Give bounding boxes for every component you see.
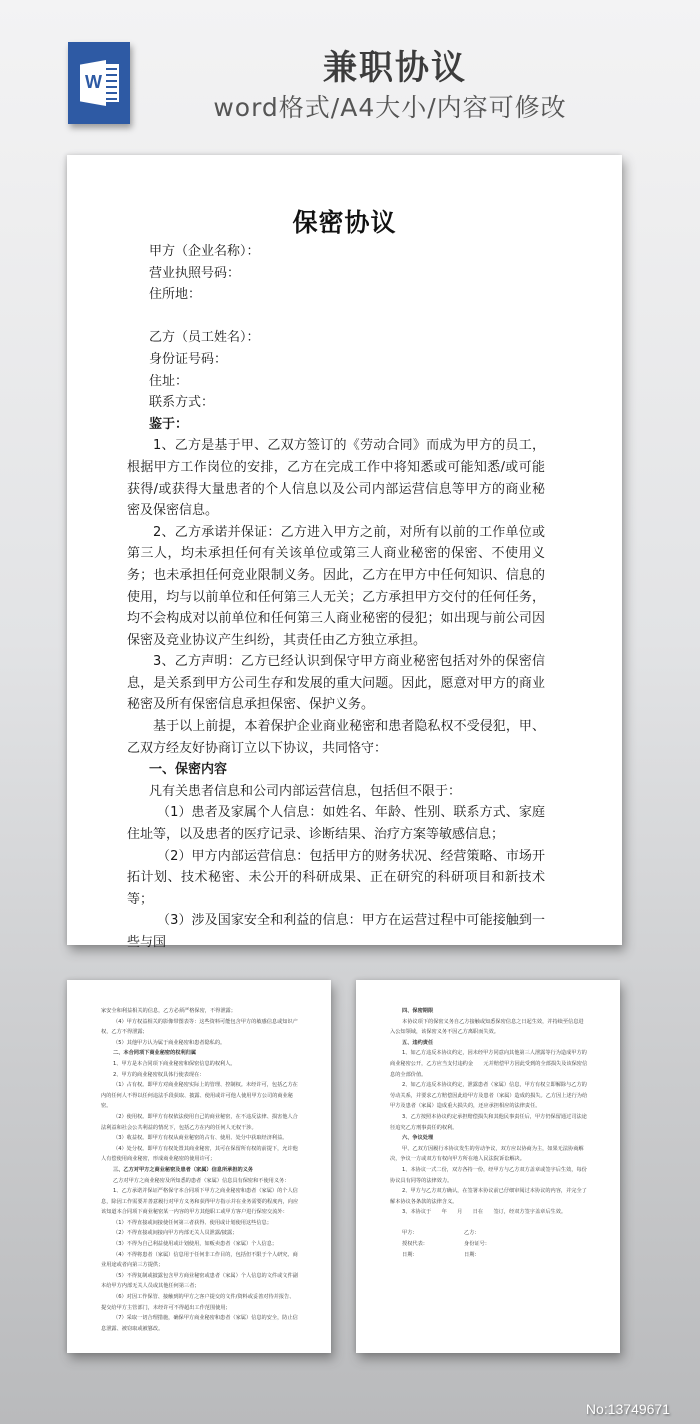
section-1-item-2: （2）甲方内部运营信息：包括甲方的财务状况、经营策略、市场开拓计划、技术秘密、未… <box>127 846 545 911</box>
page-3-body: 四、保密期限本协议项下的保密义务自乙方接触或知悉保密信息之日起生效，并持续至信息… <box>390 1006 588 1260</box>
paragraph: 乙方对甲方之商业秘密及所知悉的患者（家属）信息具有保密和不使用义务： <box>101 1176 299 1187</box>
party-b-contact-field: 联系方式： <box>127 392 545 414</box>
signature-field: 甲方： <box>402 1228 464 1239</box>
signature-row: 甲方：乙方： <box>390 1228 588 1239</box>
document-title: 保密协议 <box>67 203 622 239</box>
party-b-id-field: 身份证号码： <box>127 349 545 371</box>
section-heading: 四、保密期限 <box>390 1006 588 1017</box>
paragraph: （6）对因工作保管、接触到的甲方之客户提交的文件/资料或妥善对待并报告、提交给甲… <box>101 1292 299 1313</box>
paragraph: 2、甲方与乙方双方确认，在签署本协议前已仔细审阅过本协议的内容，并完全了解本协议… <box>390 1186 588 1207</box>
signature-field: 日期： <box>402 1250 464 1261</box>
paragraph-1: 1、乙方是基于甲、乙双方签订的《劳动合同》而成为甲方的员工，根据甲方工作岗位的安… <box>127 435 545 521</box>
paragraph: （5）其他甲方认为属于商业秘密和患者隐私的。 <box>101 1038 299 1049</box>
section-heading: 二、本合同项下商业秘密的权利归属 <box>101 1048 299 1059</box>
signature-row: 授权代表：身份证号： <box>390 1239 588 1250</box>
party-a-name-field: 甲方（企业名称）： <box>127 241 545 263</box>
party-b-name-field: 乙方（员工姓名）： <box>127 327 545 349</box>
paragraph-premise: 基于以上前提，本着保护企业商业秘密和患者隐私权不受侵犯，甲、乙双方经友好协商订立… <box>127 716 545 759</box>
paragraph: （4）处分权。即甲方有权处置其商业秘密，其可在保留所有权的前提下，允许他人有偿使… <box>101 1144 299 1165</box>
paragraph: 家安全和利益相关的信息，乙方必须严格保密，不得泄露； <box>101 1006 299 1017</box>
paragraph: 1、乙方承诺并保证严格保守本合同项下甲方之商业秘密和患者（家属）的个人信息，除因… <box>101 1186 299 1218</box>
party-a-license-field: 营业执照号码： <box>127 263 545 285</box>
section-1-heading: 一、保密内容 <box>127 759 545 781</box>
word-icon-page: W <box>80 60 106 106</box>
word-icon-letter: W <box>85 72 102 93</box>
paragraph: 1、本协议一式二份，双方各持一份，经甲方与乙方双方盖章或签字后生效，每份协议具有… <box>390 1165 588 1186</box>
signature-field: 身份证号： <box>464 1239 526 1250</box>
document-page-1: 保密协议 甲方（企业名称）： 营业执照号码： 住所地： 乙方（员工姓名）： 身份… <box>67 155 622 945</box>
party-b-address-field: 住址： <box>127 371 545 393</box>
signature-row: 日期：日期： <box>390 1250 588 1261</box>
paragraph-2: 2、乙方承诺并保证：乙方进入甲方之前，对所有以前的工作单位或第三人，均未承担任何… <box>127 522 545 652</box>
product-subtitle: word格式/A4大小/内容可修改 <box>190 88 590 124</box>
paragraph: 本协议项下的保密义务自乙方接触或知悉保密信息之日起生效，并持续至信息进入公知领域… <box>390 1017 588 1038</box>
section-1-intro: 凡有关患者信息和公司内部运营信息，包括但不限于： <box>127 781 545 803</box>
paragraph: 2、甲方的商业秘密权具体行使表现在： <box>101 1070 299 1081</box>
paragraph: （4）不得将患者（家属）信息用于任何非工作目的，包括但不限于个人研究、商业用途或… <box>101 1250 299 1271</box>
spacer <box>127 306 545 328</box>
signature-field: 日期： <box>464 1250 526 1261</box>
paragraph: （2）使用权。即甲方有权依法使用自己的商业秘密，在不违反法律、损害他人合法利益和… <box>101 1112 299 1133</box>
image-number: No:13749671 <box>586 1401 670 1417</box>
paragraph: 2、如乙方违反本协议约定，泄露患者（家属）信息，甲方有权立即解除与乙方的劳动关系… <box>390 1080 588 1112</box>
paragraph: （7）采取一切合理措施，确保甲方商业秘密和患者（家属）信息的安全，防止信息泄露、… <box>101 1313 299 1334</box>
product-title: 兼职协议 <box>230 40 560 89</box>
paragraph: 1、如乙方违反本协议约定，因未经甲方同意向其他第三人泄露等行为造成甲方的商业秘密… <box>390 1048 588 1080</box>
signature-field: 授权代表： <box>402 1239 464 1250</box>
word-icon: W <box>68 42 130 124</box>
paragraph: （3）不得为自己利益使用或计划使用，如贩卖患者（家属）个人信息； <box>101 1239 299 1250</box>
whereas-label: 鉴于： <box>127 414 545 436</box>
paragraph: （1）占有权。即甲方对商业秘密实际上的管理、控制权。未经许可，包括乙方在内的任何… <box>101 1080 299 1112</box>
document-body: 甲方（企业名称）： 营业执照号码： 住所地： 乙方（员工姓名）： 身份证号码： … <box>127 241 545 954</box>
paragraph-3: 3、乙方声明：乙方已经认识到保守甲方商业秘密包括对外的保密信息，是关系到甲方公司… <box>127 651 545 716</box>
page-2-body: 家安全和利益相关的信息，乙方必须严格保密，不得泄露；（4）甲方权益相关的影像带图… <box>101 1006 299 1334</box>
paragraph: （3）收益权。即甲方有权从商业秘密的占有、使用、处分中获取经济利益。 <box>101 1133 299 1144</box>
section-1-item-3: （3）涉及国家安全和利益的信息：甲方在运营过程中可能接触到一些与国 <box>127 910 545 953</box>
spacer <box>390 1218 588 1229</box>
section-heading: 三、乙方对甲方之商业秘密及患者（家属）信息所承担的义务 <box>101 1165 299 1176</box>
section-heading: 六、争议处理 <box>390 1133 588 1144</box>
party-a-address-field: 住所地： <box>127 284 545 306</box>
document-page-3: 四、保密期限本协议项下的保密义务自乙方接触或知悉保密信息之日起生效，并持续至信息… <box>356 980 620 1353</box>
word-icon-lines <box>104 64 119 102</box>
section-1-item-1: （1）患者及家属个人信息：如姓名、年龄、性别、联系方式、家庭住址等，以及患者的医… <box>127 802 545 845</box>
header: W 兼职协议 word格式/A4大小/内容可修改 <box>0 0 700 150</box>
paragraph: 3、本协议于 年 月 日在 签订，经双方签字盖章后生效。 <box>390 1207 588 1218</box>
paragraph: 1、甲方是本合同项下商业秘密和保密信息的权利人。 <box>101 1059 299 1070</box>
paragraph: 甲、乙双方因履行本协议发生的劳动争议，双方应以协商为主，如果无法协商解决，争议一… <box>390 1144 588 1165</box>
section-heading: 五、违约责任 <box>390 1038 588 1049</box>
paragraph: （4）甲方权益相关的影像带图表等：这些资料可能包含甲方的敏感信息或知识产权，乙方… <box>101 1017 299 1038</box>
paragraph: （5）不得复制或披露包含甲方商业秘密或患者（家属）个人信息的文件或文件副本给甲方… <box>101 1271 299 1292</box>
paragraph: （2）不得直接或间接向甲方内部无关人员泄露/披露； <box>101 1228 299 1239</box>
document-page-2: 家安全和利益相关的信息，乙方必须严格保密，不得泄露；（4）甲方权益相关的影像带图… <box>67 980 331 1353</box>
paragraph: （1）不得直接或间接使任何第三者获得、使用或计划使用这些信息； <box>101 1218 299 1229</box>
signature-field: 乙方： <box>464 1228 526 1239</box>
paragraph: 3、乙方按照本协议约定承担赔偿损失和其他民事责任后，甲方仍保留通过司法途径追究乙… <box>390 1112 588 1133</box>
